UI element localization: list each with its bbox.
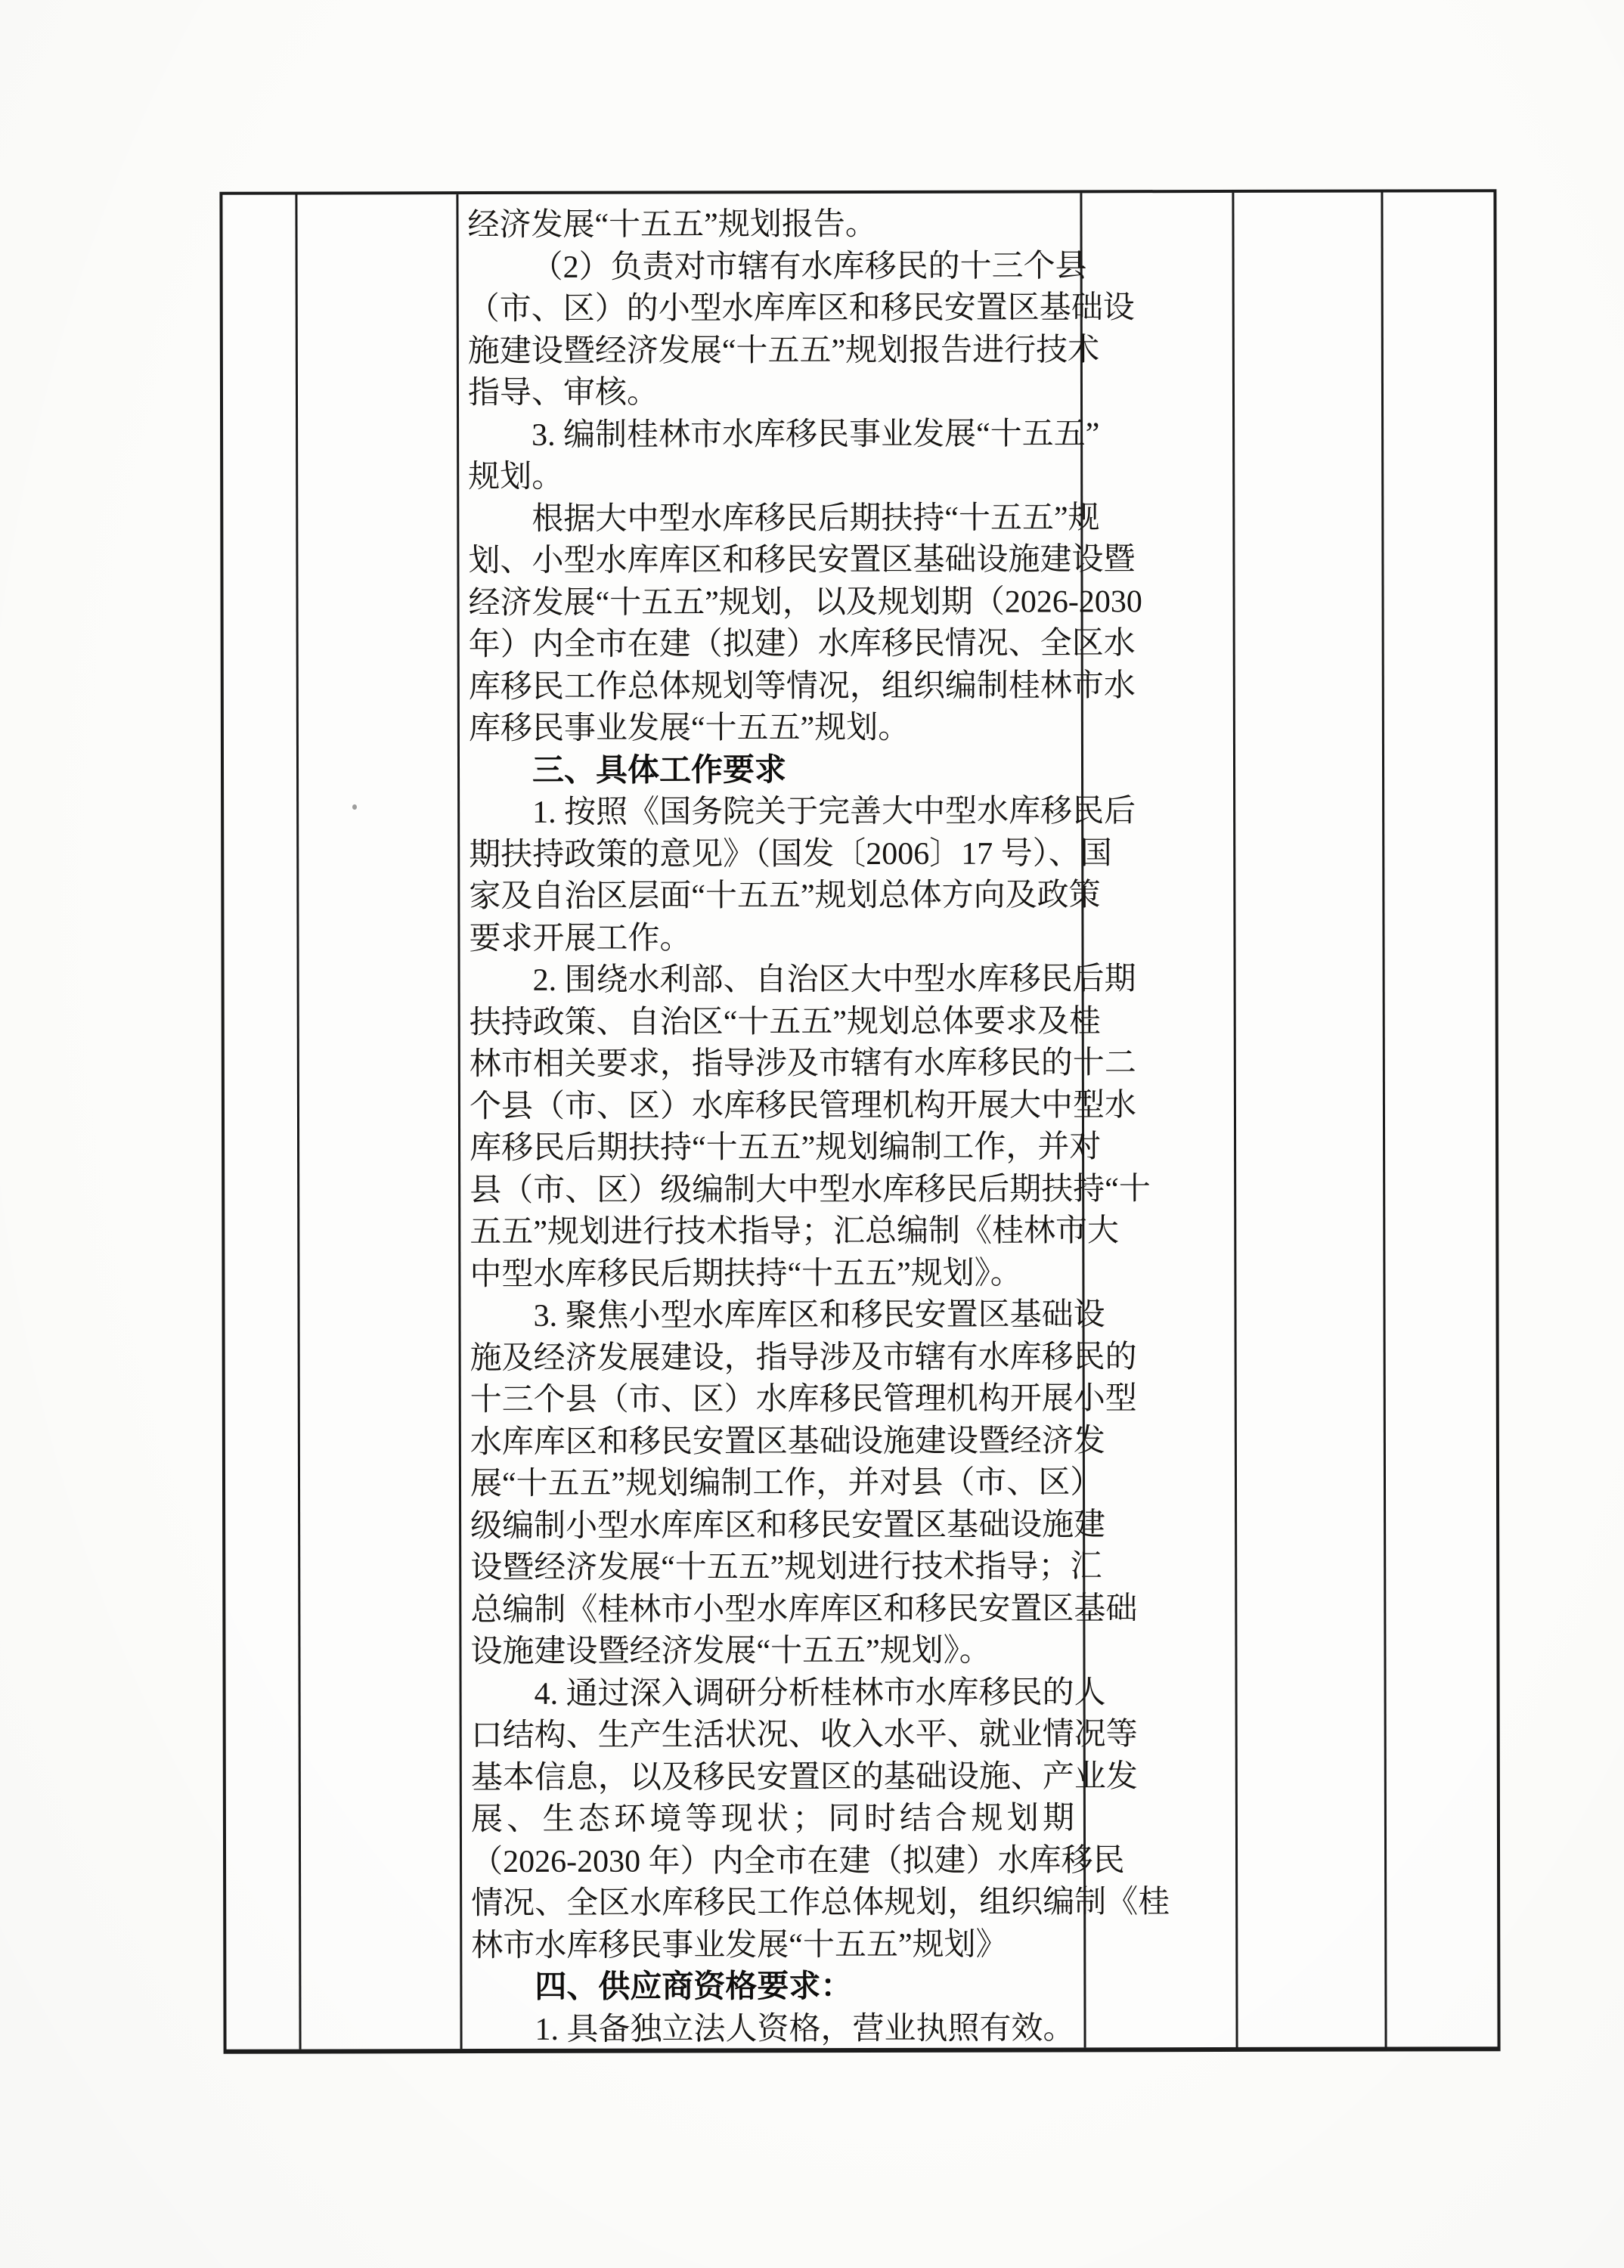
text-line: 情况、全区水库移民工作总体规划，组织编制《桂 xyxy=(471,1882,1074,1925)
text-line: 3. 聚焦小型水库库区和移民安置区基础设 xyxy=(470,1294,1073,1337)
text-line: 林市相关要求，指导涉及市辖有水库移民的十二 xyxy=(470,1043,1073,1086)
text-line: 五五”规划进行技术指导；汇总编制《桂林市大 xyxy=(470,1210,1073,1253)
main-text-cell: 经济发展“十五五”规划报告。 （2）负责对市辖有水库移民的十三个县 （市、区）的… xyxy=(458,193,1086,2049)
text-line: 库移民后期扶持“十五五”规划编制工作，并对 xyxy=(470,1126,1073,1170)
text-line: （2026-2030 年）内全市在建（拟建）水库移民 xyxy=(471,1840,1074,1883)
text-line: 库移民事业发展“十五五”规划。 xyxy=(469,707,1072,750)
text-line: 规划。 xyxy=(468,455,1071,498)
text-line: 级编制小型水库库区和移民安置区基础设施建 xyxy=(470,1504,1074,1548)
text-line: 库移民工作总体规划等情况，组织编制桂林市水 xyxy=(469,665,1072,708)
table-cell-empty-4 xyxy=(1234,193,1387,2047)
text-line: 设施建设暨经济发展“十五五”规划》。 xyxy=(470,1630,1074,1673)
text-line: 扶持政策、自治区“十五五”规划总体要求及桂 xyxy=(470,1001,1073,1044)
text-line: 十三个县（市、区）水库移民管理机构开展小型 xyxy=(470,1378,1074,1421)
section-heading: 三、具体工作要求 xyxy=(469,749,1072,792)
table-cell-empty-1 xyxy=(222,195,301,2050)
section-heading: 四、供应商资格要求： xyxy=(471,1966,1074,2009)
text-line: 施及经济发展建设，指导涉及市辖有水库移民的 xyxy=(470,1337,1074,1380)
text-line: 期扶持政策的意见》（国发〔2006〕17 号）、国 xyxy=(469,833,1072,876)
table-cell-empty-2 xyxy=(297,194,462,2049)
text-line: 展“十五五”规划编制工作，并对县（市、区） xyxy=(470,1462,1074,1505)
table-cell-empty-3 xyxy=(1082,193,1238,2047)
text-line: 个县（市、区）水库移民管理机构开展大中型水 xyxy=(470,1085,1073,1128)
scanned-document-page: 经济发展“十五五”规划报告。 （2）负责对市辖有水库移民的十三个县 （市、区）的… xyxy=(0,0,1624,2268)
text-line: 经济发展“十五五”规划，以及规划期（2026-2030 xyxy=(469,581,1072,624)
text-line: 1. 按照《国务院关于完善大中型水库移民后 xyxy=(469,791,1072,834)
table-cell-empty-5 xyxy=(1383,192,1497,2046)
text-line: 1. 具备独立法人资格，营业执照有效。 xyxy=(471,2008,1074,2051)
text-line: 年）内全市在建（拟建）水库移民情况、全区水 xyxy=(469,623,1072,666)
text-line: 水库库区和移民安置区基础设施建设暨经济发 xyxy=(470,1421,1074,1464)
text-line: 口结构、生产生活状况、收入水平、就业情况等 xyxy=(471,1714,1074,1757)
text-line: 要求开展工作。 xyxy=(469,917,1072,960)
text-line: 指导、审核。 xyxy=(468,371,1071,414)
text-line: 县（市、区）级编制大中型水库移民后期扶持“十 xyxy=(470,1169,1073,1212)
text-line: 经济发展“十五五”规划报告。 xyxy=(467,203,1071,246)
text-line: 设暨经济发展“十五五”规划进行技术指导；汇 xyxy=(470,1546,1074,1589)
text-line: 根据大中型水库移民后期扶持“十五五”规 xyxy=(468,497,1071,541)
text-line: 施建设暨经济发展“十五五”规划报告进行技术 xyxy=(468,330,1071,373)
text-line: 家及自治区层面“十五五”规划总体方向及政策 xyxy=(469,875,1072,918)
text-line: 基本信息，以及移民安置区的基础设施、产业发 xyxy=(471,1756,1074,1799)
document-table: 经济发展“十五五”规划报告。 （2）负责对市辖有水库移民的十三个县 （市、区）的… xyxy=(219,189,1500,2054)
text-line: 2. 围绕水利部、自治区大中型水库移民后期 xyxy=(470,959,1073,1002)
text-line: 展、生态环境等现状；同时结合规划期 xyxy=(471,1798,1074,1841)
text-line: 林市水库移民事业发展“十五五”规划》 xyxy=(471,1924,1074,1967)
text-line: 总编制《桂林市小型水库库区和移民安置区基础 xyxy=(470,1588,1074,1631)
text-line: （2）负责对市辖有水库移民的十三个县 xyxy=(468,246,1071,289)
text-line: 3. 编制桂林市水库移民事业发展“十五五” xyxy=(468,414,1071,457)
text-line: 划、小型水库库区和移民安置区基础设施建设暨 xyxy=(468,539,1071,582)
text-line: （市、区）的小型水库库区和移民安置区基础设 xyxy=(468,287,1071,330)
scan-speck xyxy=(352,804,357,810)
text-line: 中型水库移民后期扶持“十五五”规划》。 xyxy=(470,1253,1073,1296)
text-line: 4. 通过深入调研分析桂林市水库移民的人 xyxy=(471,1672,1074,1715)
